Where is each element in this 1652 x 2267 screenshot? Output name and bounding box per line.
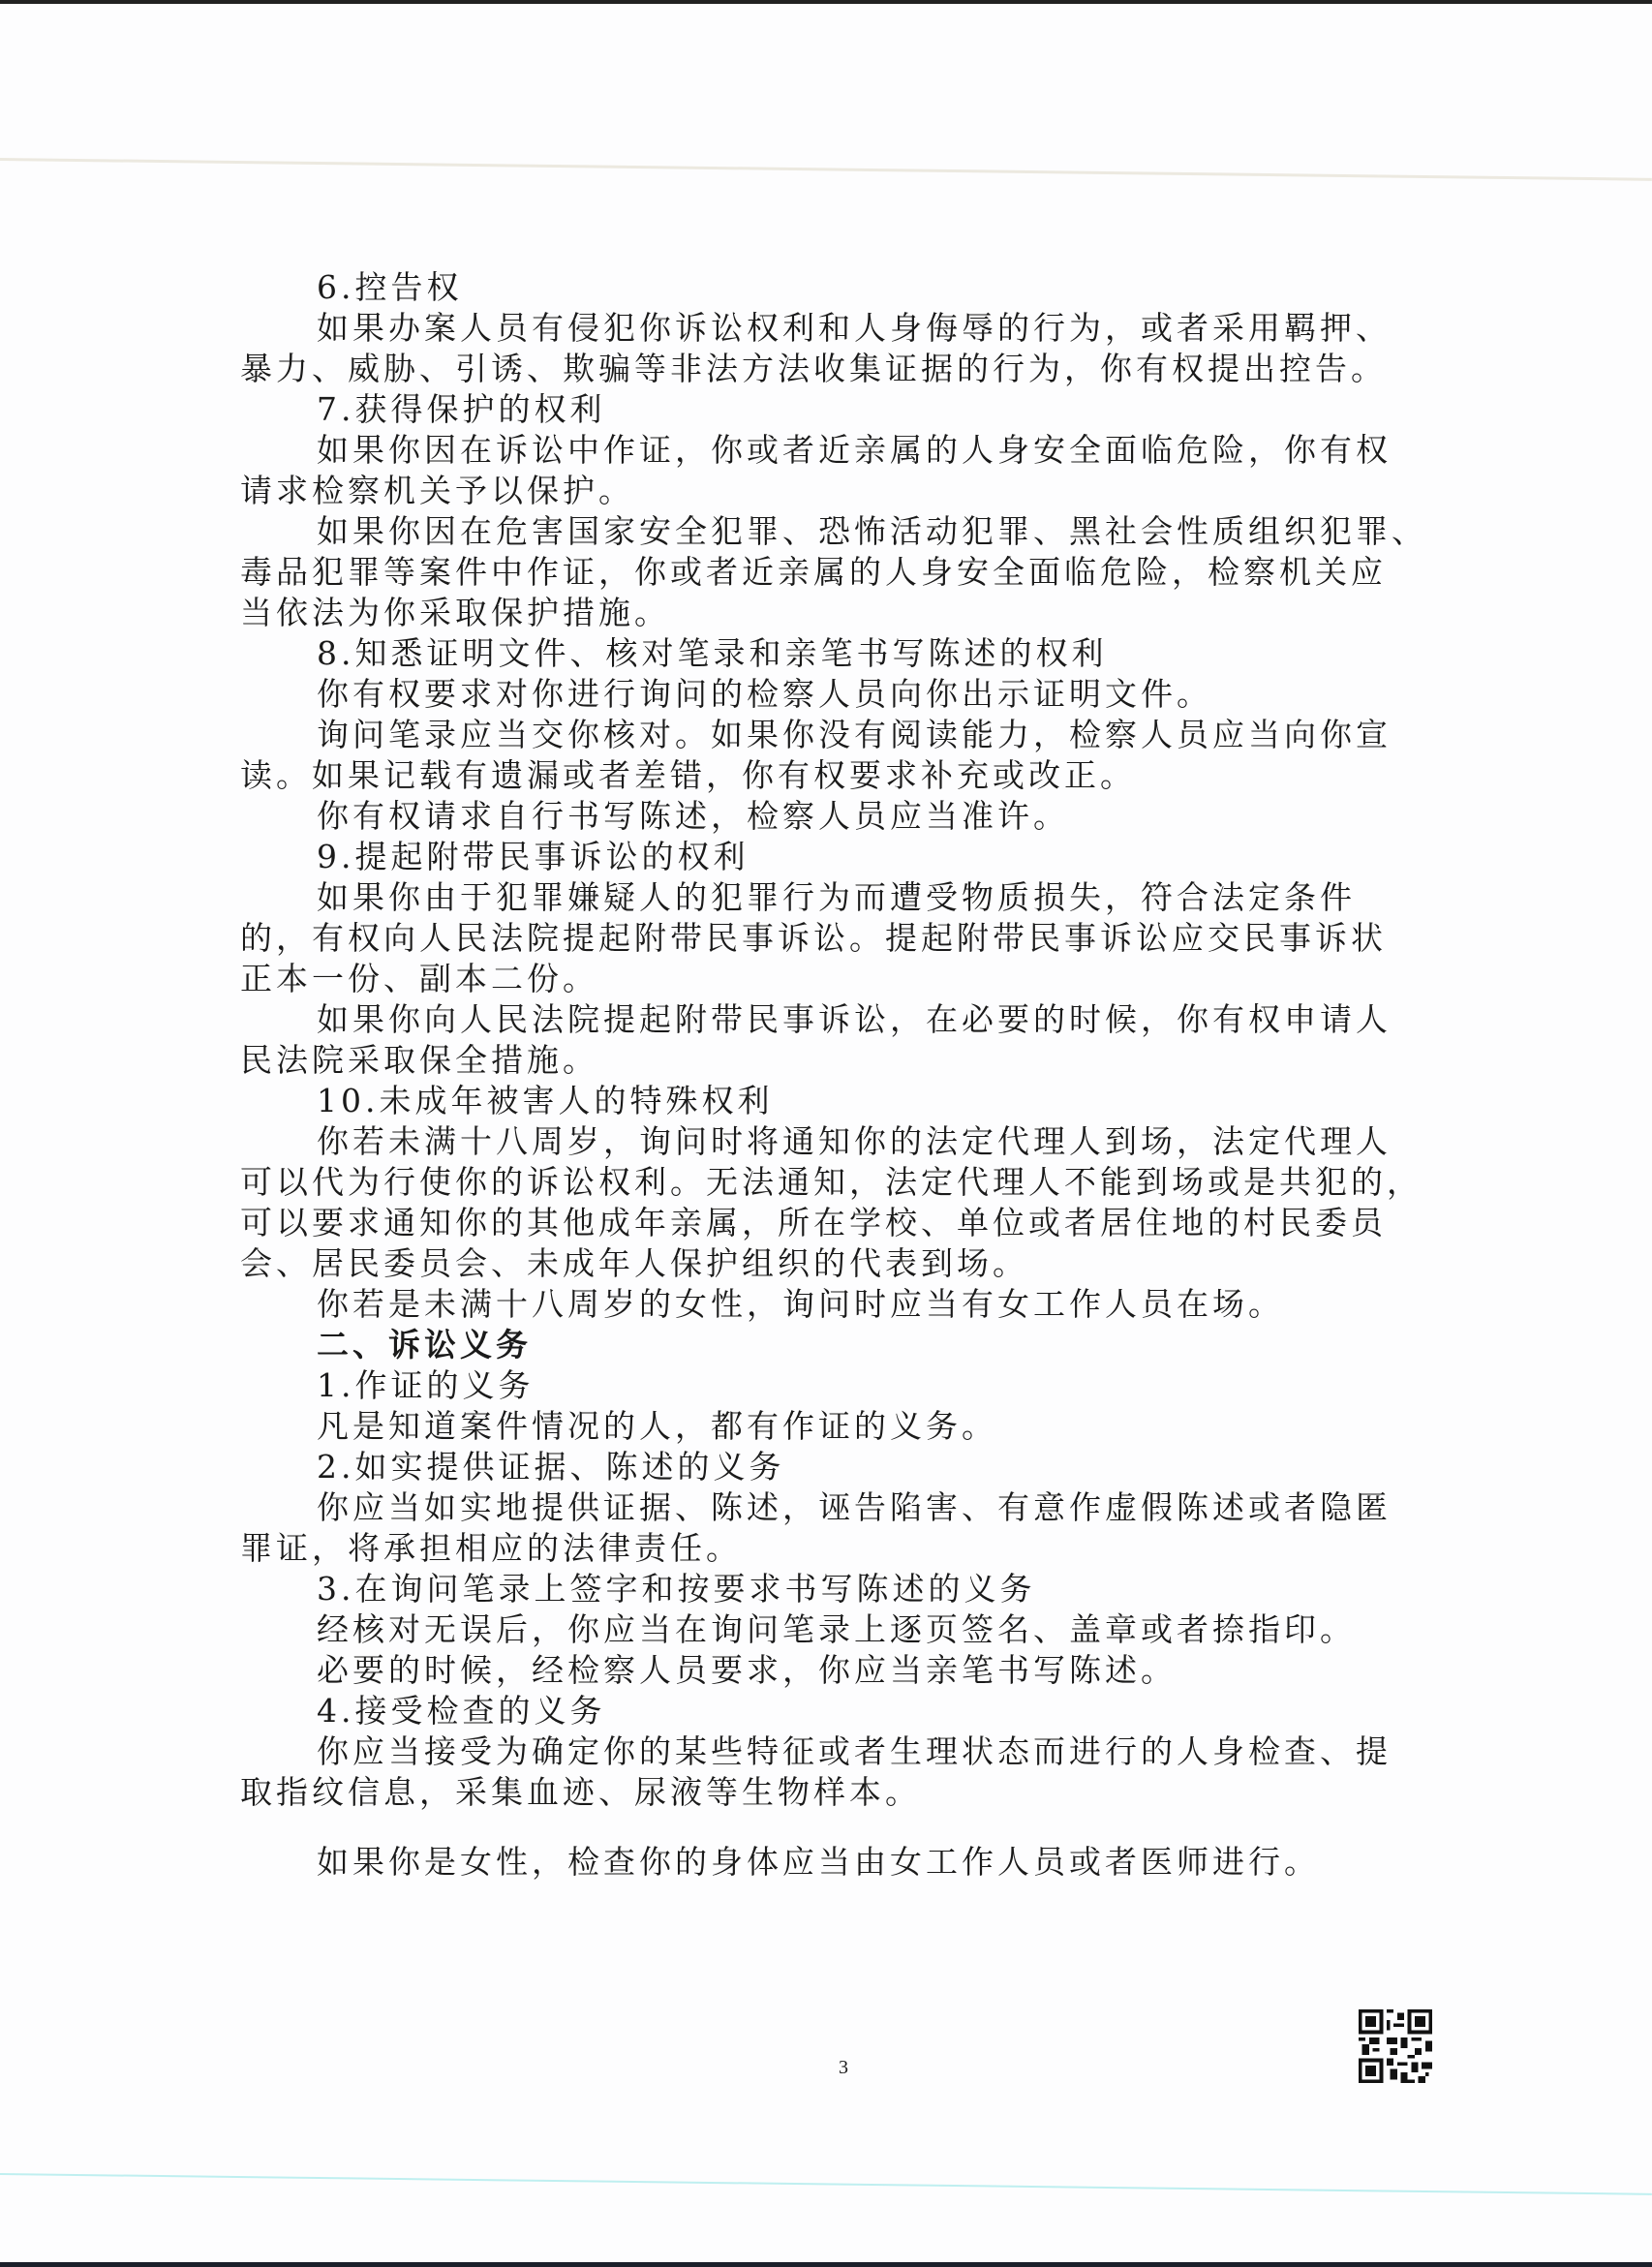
paragraph-line: 你若是未满十八周岁的女性，询问时应当有女工作人员在场。 bbox=[240, 1284, 1462, 1325]
paragraph-line: 如果你因在诉讼中作证，你或者近亲属的人身安全面临危险，你有权 bbox=[240, 430, 1462, 471]
paragraph-line: 毒品犯罪等案件中作证，你或者近亲属的人身安全面临危险，检察机关应 bbox=[240, 552, 1462, 593]
paragraph-line: 你应当如实地提供证据、陈述，诬告陷害、有意作虚假陈述或者隐匿 bbox=[240, 1487, 1462, 1528]
paragraph-line: 你有权要求对你进行询问的检察人员向你出示证明文件。 bbox=[240, 674, 1462, 715]
page-number: 3 bbox=[839, 2057, 848, 2079]
paragraph-line: 如果你是女性，检查你的身体应当由女工作人员或者医师进行。 bbox=[240, 1842, 1462, 1883]
paragraph-line: 如果你由于犯罪嫌疑人的犯罪行为而遭受物质损失，符合法定条件 bbox=[240, 877, 1462, 918]
paragraph-line: 罪证，将承担相应的法律责任。 bbox=[240, 1528, 1462, 1569]
paragraph-line: 如果办案人员有侵犯你诉讼权利和人身侮辱的行为，或者采用羁押、 bbox=[240, 308, 1462, 349]
paragraph-line: 暴力、威胁、引诱、欺骗等非法方法收集证据的行为，你有权提出控告。 bbox=[240, 349, 1462, 389]
paragraph-line: 如果你向人民法院提起附带民事诉讼，在必要的时候，你有权申请人 bbox=[240, 999, 1462, 1040]
paragraph-line: 你应当接受为确定你的某些特征或者生理状态而进行的人身检查、提 bbox=[240, 1731, 1462, 1772]
paragraph-line: 的，有权向人民法院提起附带民事诉讼。提起附带民事诉讼应交民事诉状 bbox=[240, 918, 1462, 959]
paragraph-line: 必要的时候，经检察人员要求，你应当亲笔书写陈述。 bbox=[240, 1650, 1462, 1691]
scan-edge-bottom bbox=[0, 2262, 1652, 2267]
paragraph-line: 正本一份、副本二份。 bbox=[240, 959, 1462, 999]
paragraph-line: 请求检察机关予以保护。 bbox=[240, 471, 1462, 511]
section-heading-obligations: 二、诉讼义务 bbox=[240, 1325, 1462, 1365]
paragraph-line: 民法院采取保全措施。 bbox=[240, 1040, 1462, 1081]
heading-3: 3.在询问笔录上签字和按要求书写陈述的义务 bbox=[240, 1569, 1462, 1609]
paragraph-gap bbox=[240, 1813, 1462, 1842]
heading-2: 2.如实提供证据、陈述的义务 bbox=[240, 1447, 1462, 1487]
qr-code-icon bbox=[1356, 2009, 1435, 2083]
paragraph-line: 会、居民委员会、未成年人保护组织的代表到场。 bbox=[240, 1243, 1462, 1284]
paragraph-line: 取指纹信息，采集血迹、尿液等生物样本。 bbox=[240, 1772, 1462, 1813]
paragraph-line: 询问笔录应当交你核对。如果你没有阅读能力，检察人员应当向你宣 bbox=[240, 715, 1462, 755]
scan-edge-top bbox=[0, 0, 1652, 4]
paragraph-line: 你有权请求自行书写陈述，检察人员应当准许。 bbox=[240, 796, 1462, 837]
paragraph-line: 可以要求通知你的其他成年亲属，所在学校、单位或者居住地的村民委员 bbox=[240, 1203, 1462, 1243]
heading-1: 1.作证的义务 bbox=[240, 1365, 1462, 1406]
fold-line bbox=[0, 2173, 1652, 2195]
paragraph-line: 经核对无误后，你应当在询问笔录上逐页签名、盖章或者捺指印。 bbox=[240, 1609, 1462, 1650]
paragraph-line: 如果你因在危害国家安全犯罪、恐怖活动犯罪、黑社会性质组织犯罪、 bbox=[240, 511, 1462, 552]
heading-8: 8.知悉证明文件、核对笔录和亲笔书写陈述的权利 bbox=[240, 633, 1462, 674]
heading-10: 10.未成年被害人的特殊权利 bbox=[240, 1081, 1462, 1121]
heading-6: 6.控告权 bbox=[240, 267, 1462, 308]
document-body: 6.控告权 如果办案人员有侵犯你诉讼权利和人身侮辱的行为，或者采用羁押、 暴力、… bbox=[240, 267, 1462, 1883]
heading-4: 4.接受检查的义务 bbox=[240, 1691, 1462, 1731]
heading-7: 7.获得保护的权利 bbox=[240, 389, 1462, 430]
paragraph-line: 可以代为行使你的诉讼权利。无法通知，法定代理人不能到场或是共犯的， bbox=[240, 1162, 1462, 1203]
paragraph-line: 你若未满十八周岁，询问时将通知你的法定代理人到场，法定代理人 bbox=[240, 1121, 1462, 1162]
paragraph-line: 读。如果记载有遗漏或者差错，你有权要求补充或改正。 bbox=[240, 755, 1462, 796]
heading-9: 9.提起附带民事诉讼的权利 bbox=[240, 837, 1462, 877]
paragraph-line: 当依法为你采取保护措施。 bbox=[240, 593, 1462, 633]
paragraph-line: 凡是知道案件情况的人，都有作证的义务。 bbox=[240, 1406, 1462, 1447]
fold-line bbox=[0, 158, 1652, 181]
